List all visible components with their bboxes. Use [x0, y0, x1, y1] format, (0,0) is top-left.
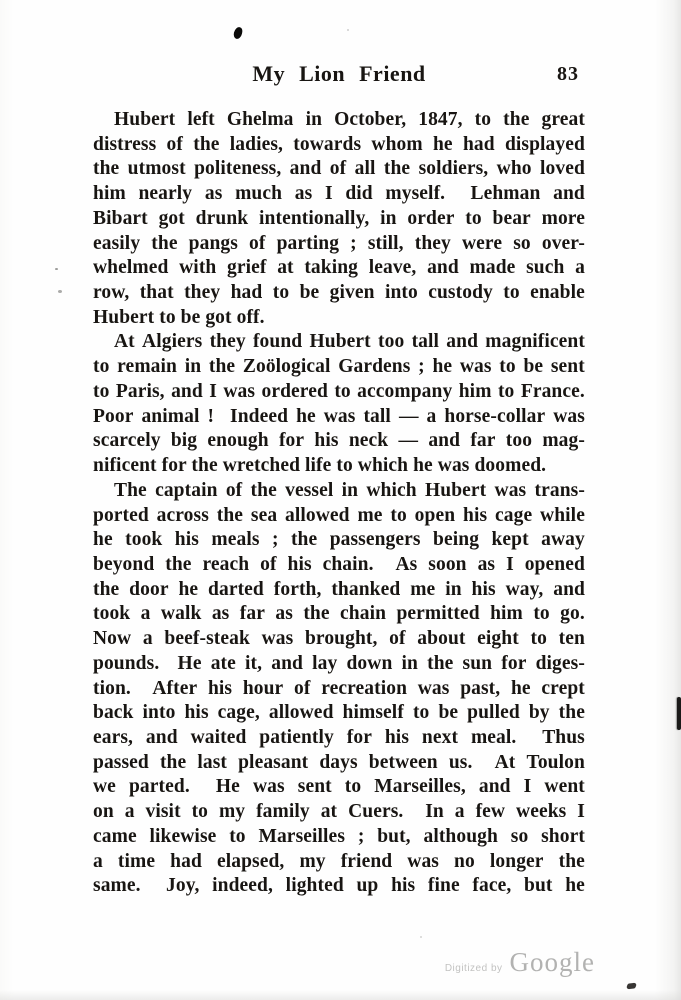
text-line: same.Joy,indeed,lighteduphisfineface,but… [93, 874, 585, 899]
text-line: ThecaptainofthevesselinwhichHubertwastra… [93, 479, 585, 504]
scan-speck [58, 290, 62, 293]
text-line: beyondthereachofhischain.AssoonasIopened [93, 553, 585, 578]
digitization-watermark: Digitized by Google [445, 947, 595, 978]
text-line: row,thattheyhadtobegivenintocustodytoena… [93, 281, 585, 306]
text-line: camelikewisetoMarseilles;but,althoughsos… [93, 825, 585, 850]
text-line: tookawalkasfarasthechainpermittedhimtogo… [93, 602, 585, 627]
text-line: thedoorhedartedforth,thankedmeinhisway,a… [93, 578, 585, 603]
text-line: theutmostpoliteness,andofallthesoldiers,… [93, 157, 585, 182]
running-title: My Lion Friend [93, 60, 585, 88]
text-line: pounds.Heateit,andlaydowninthesunfordige… [93, 652, 585, 677]
page-body: HubertleftGhelmainOctober,1847,tothegrea… [93, 108, 585, 899]
ink-blot-artifact [233, 26, 244, 40]
text-line: scarcelybigenoughforhisneck—andfartoomag… [93, 429, 585, 454]
text-line: hetookhismeals;thepassengersbeingkeptawa… [93, 528, 585, 553]
text-line: Nowabeef-steakwasbrought,ofabouteighttot… [93, 627, 585, 652]
text-line: weparted.HewassenttoMarseilles,andIwent [93, 775, 585, 800]
text-line: Hubert to be got off. [93, 306, 585, 331]
scan-speck [420, 936, 422, 938]
page-number: 83 [557, 63, 579, 86]
text-line: toremainintheZoölogicalGardens;hewastobe… [93, 355, 585, 380]
text-line: nificent for the wretched life to which … [93, 454, 585, 479]
paragraph: ThecaptainofthevesselinwhichHubertwastra… [93, 479, 585, 899]
text-line: onavisittomyfamilyatCuers.InafewweeksI [93, 800, 585, 825]
text-line: portedacrosstheseaallowedmetoopenhiscage… [93, 504, 585, 529]
text-line: ears,andwaitedpatientlyforhisnextmeal.Th… [93, 726, 585, 751]
page-edge-mark [677, 697, 681, 730]
book-page-scan: My Lion Friend 83 HubertleftGhelmainOcto… [0, 0, 681, 1000]
digitized-by-label: Digitized by [445, 963, 503, 974]
scan-speck [347, 29, 349, 31]
text-line: backintohiscage,allowedhimselftobepulled… [93, 701, 585, 726]
text-line: Pooranimal!Indeedhewastall—ahorse-collar… [93, 405, 585, 430]
text-line: toParis,andIwasorderedtoaccompanyhimtoFr… [93, 380, 585, 405]
text-line: himnearlyasmuchasIdidmyself.Lehmanand [93, 182, 585, 207]
corner-smudge-artifact [625, 982, 637, 989]
google-logo: Google [510, 947, 595, 978]
text-line: Bibartgotdrunkintentionally,inordertobea… [93, 207, 585, 232]
text-line: tion.Afterhishourofrecreationwaspast,hec… [93, 677, 585, 702]
text-line: distressoftheladies,towardswhomhehaddisp… [93, 133, 585, 158]
scan-speck [55, 268, 58, 270]
text-line: whelmedwithgriefattakingleave,andmadesuc… [93, 256, 585, 281]
paragraph: HubertleftGhelmainOctober,1847,tothegrea… [93, 108, 585, 330]
text-line: easilythepangsofparting;still,theywereso… [93, 232, 585, 257]
text-line: AtAlgierstheyfoundHuberttootallandmagnif… [93, 330, 585, 355]
text-line: passedthelastpleasantdaysbetweenus.AtTou… [93, 751, 585, 776]
text-line: atimehadelapsed,myfriendwasnolongerthe [93, 850, 585, 875]
paragraph: AtAlgierstheyfoundHuberttootallandmagnif… [93, 330, 585, 478]
text-line: HubertleftGhelmainOctober,1847,tothegrea… [93, 108, 585, 133]
page-header: My Lion Friend 83 [93, 60, 585, 90]
